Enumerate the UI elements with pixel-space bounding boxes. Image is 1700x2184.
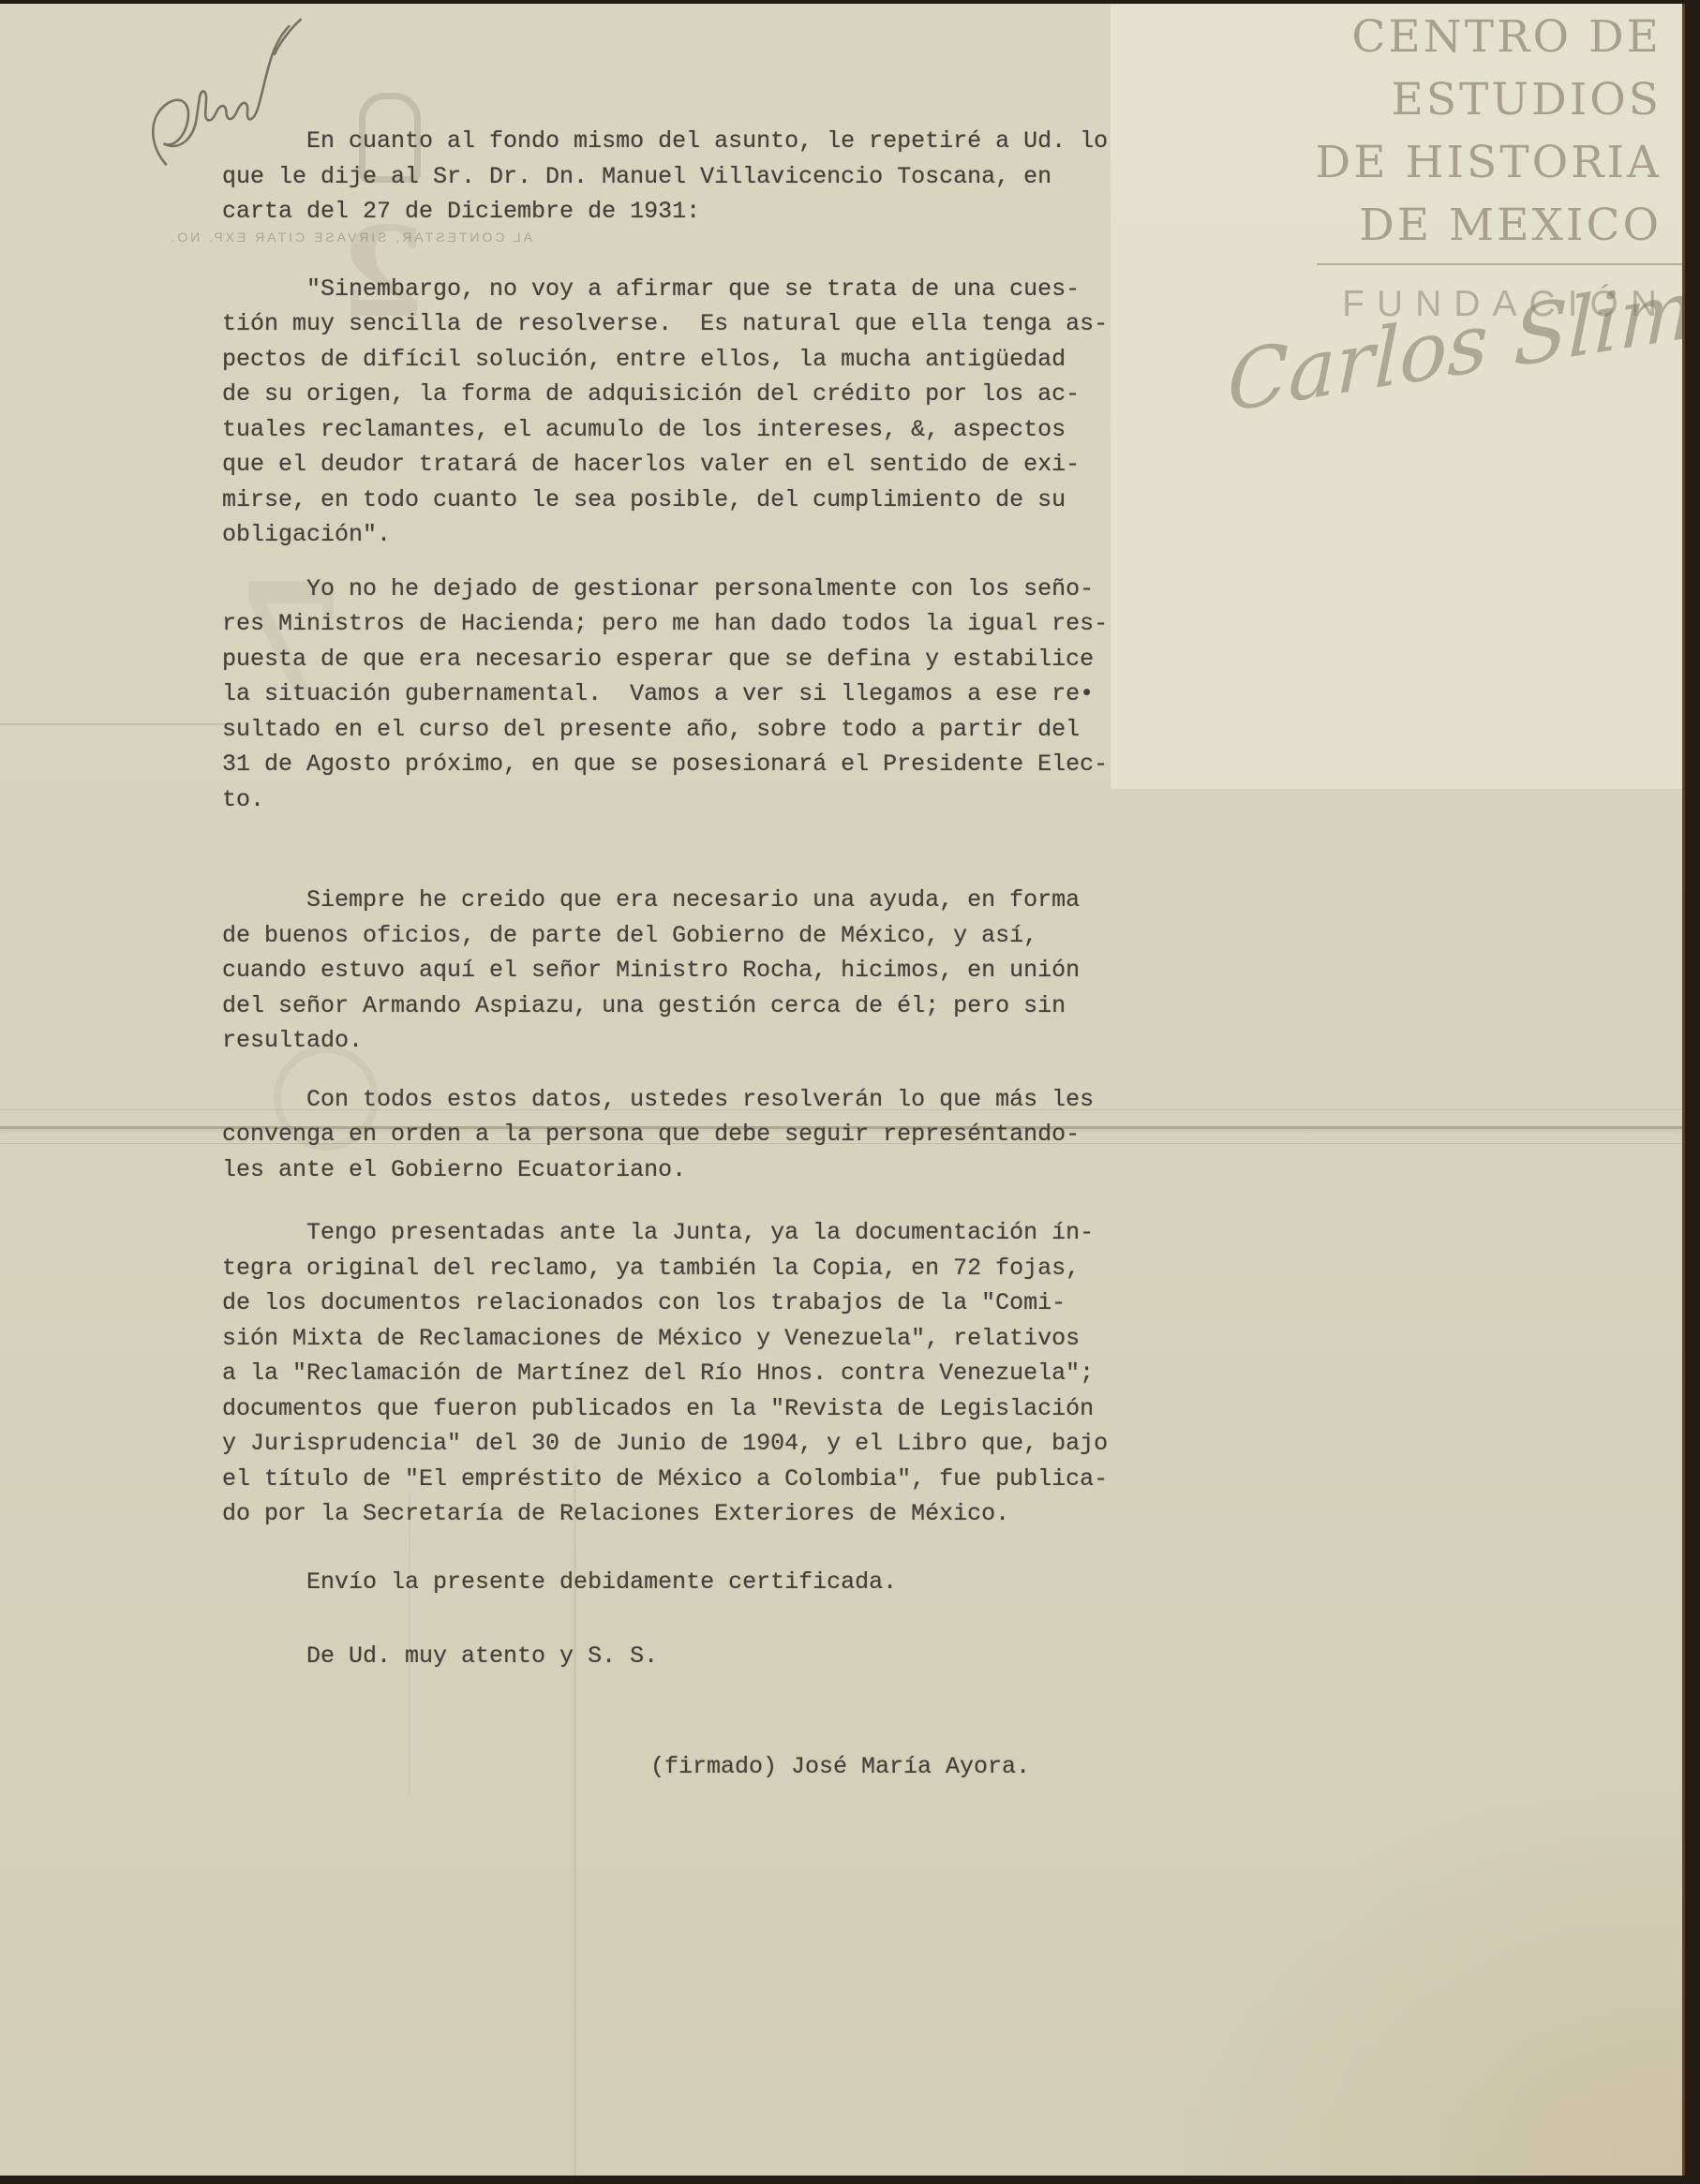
watermark-line: ESTUDIOS: [949, 68, 1662, 131]
signoff-line: De Ud. muy atento y S. S.: [222, 1639, 1145, 1674]
scanned-letter-page: { "watermark": { "lines": ["CENTRO DE", …: [0, 0, 1700, 2184]
paragraph-resolucion: Con todos estos datos, ustedes resolverá…: [222, 1082, 1145, 1188]
watermark-divider-line: [1317, 263, 1682, 265]
fundacion-label: FUNDACIÓN: [1342, 284, 1669, 325]
scan-exposure-band: [1111, 4, 1682, 789]
paper-corner-shading: [1157, 1773, 1682, 2176]
paragraph-gestiones: Yo no he dejado de gestionar personalmen…: [222, 572, 1145, 818]
paragraph-quotation: "Sinembargo, no voy a afirmar que se tra…: [222, 272, 1145, 553]
signature-line: (firmado) José María Ayora.: [650, 1749, 1145, 1785]
closing-line: Envío la presente debidamente certificad…: [222, 1565, 1145, 1600]
carlos-slim-signature-watermark: Carlos Slim: [1227, 262, 1685, 431]
paragraph-ayuda: Siempre he creido que era necesario una …: [222, 883, 1145, 1059]
paragraph-documentos: Tengo presentadas ante la Junta, ya la d…: [222, 1215, 1145, 1532]
letter-paper: AL CONTESTAR, SIRVASE CITAR EXP. NO. 2 7…: [0, 4, 1685, 2176]
paragraph-intro: En cuanto al fondo mismo del asunto, le …: [222, 124, 1145, 230]
watermark-line: CENTRO DE: [949, 6, 1662, 68]
fold-crease-left: [0, 723, 234, 725]
typed-letter-body: En cuanto al fondo mismo del asunto, le …: [222, 124, 1145, 1784]
